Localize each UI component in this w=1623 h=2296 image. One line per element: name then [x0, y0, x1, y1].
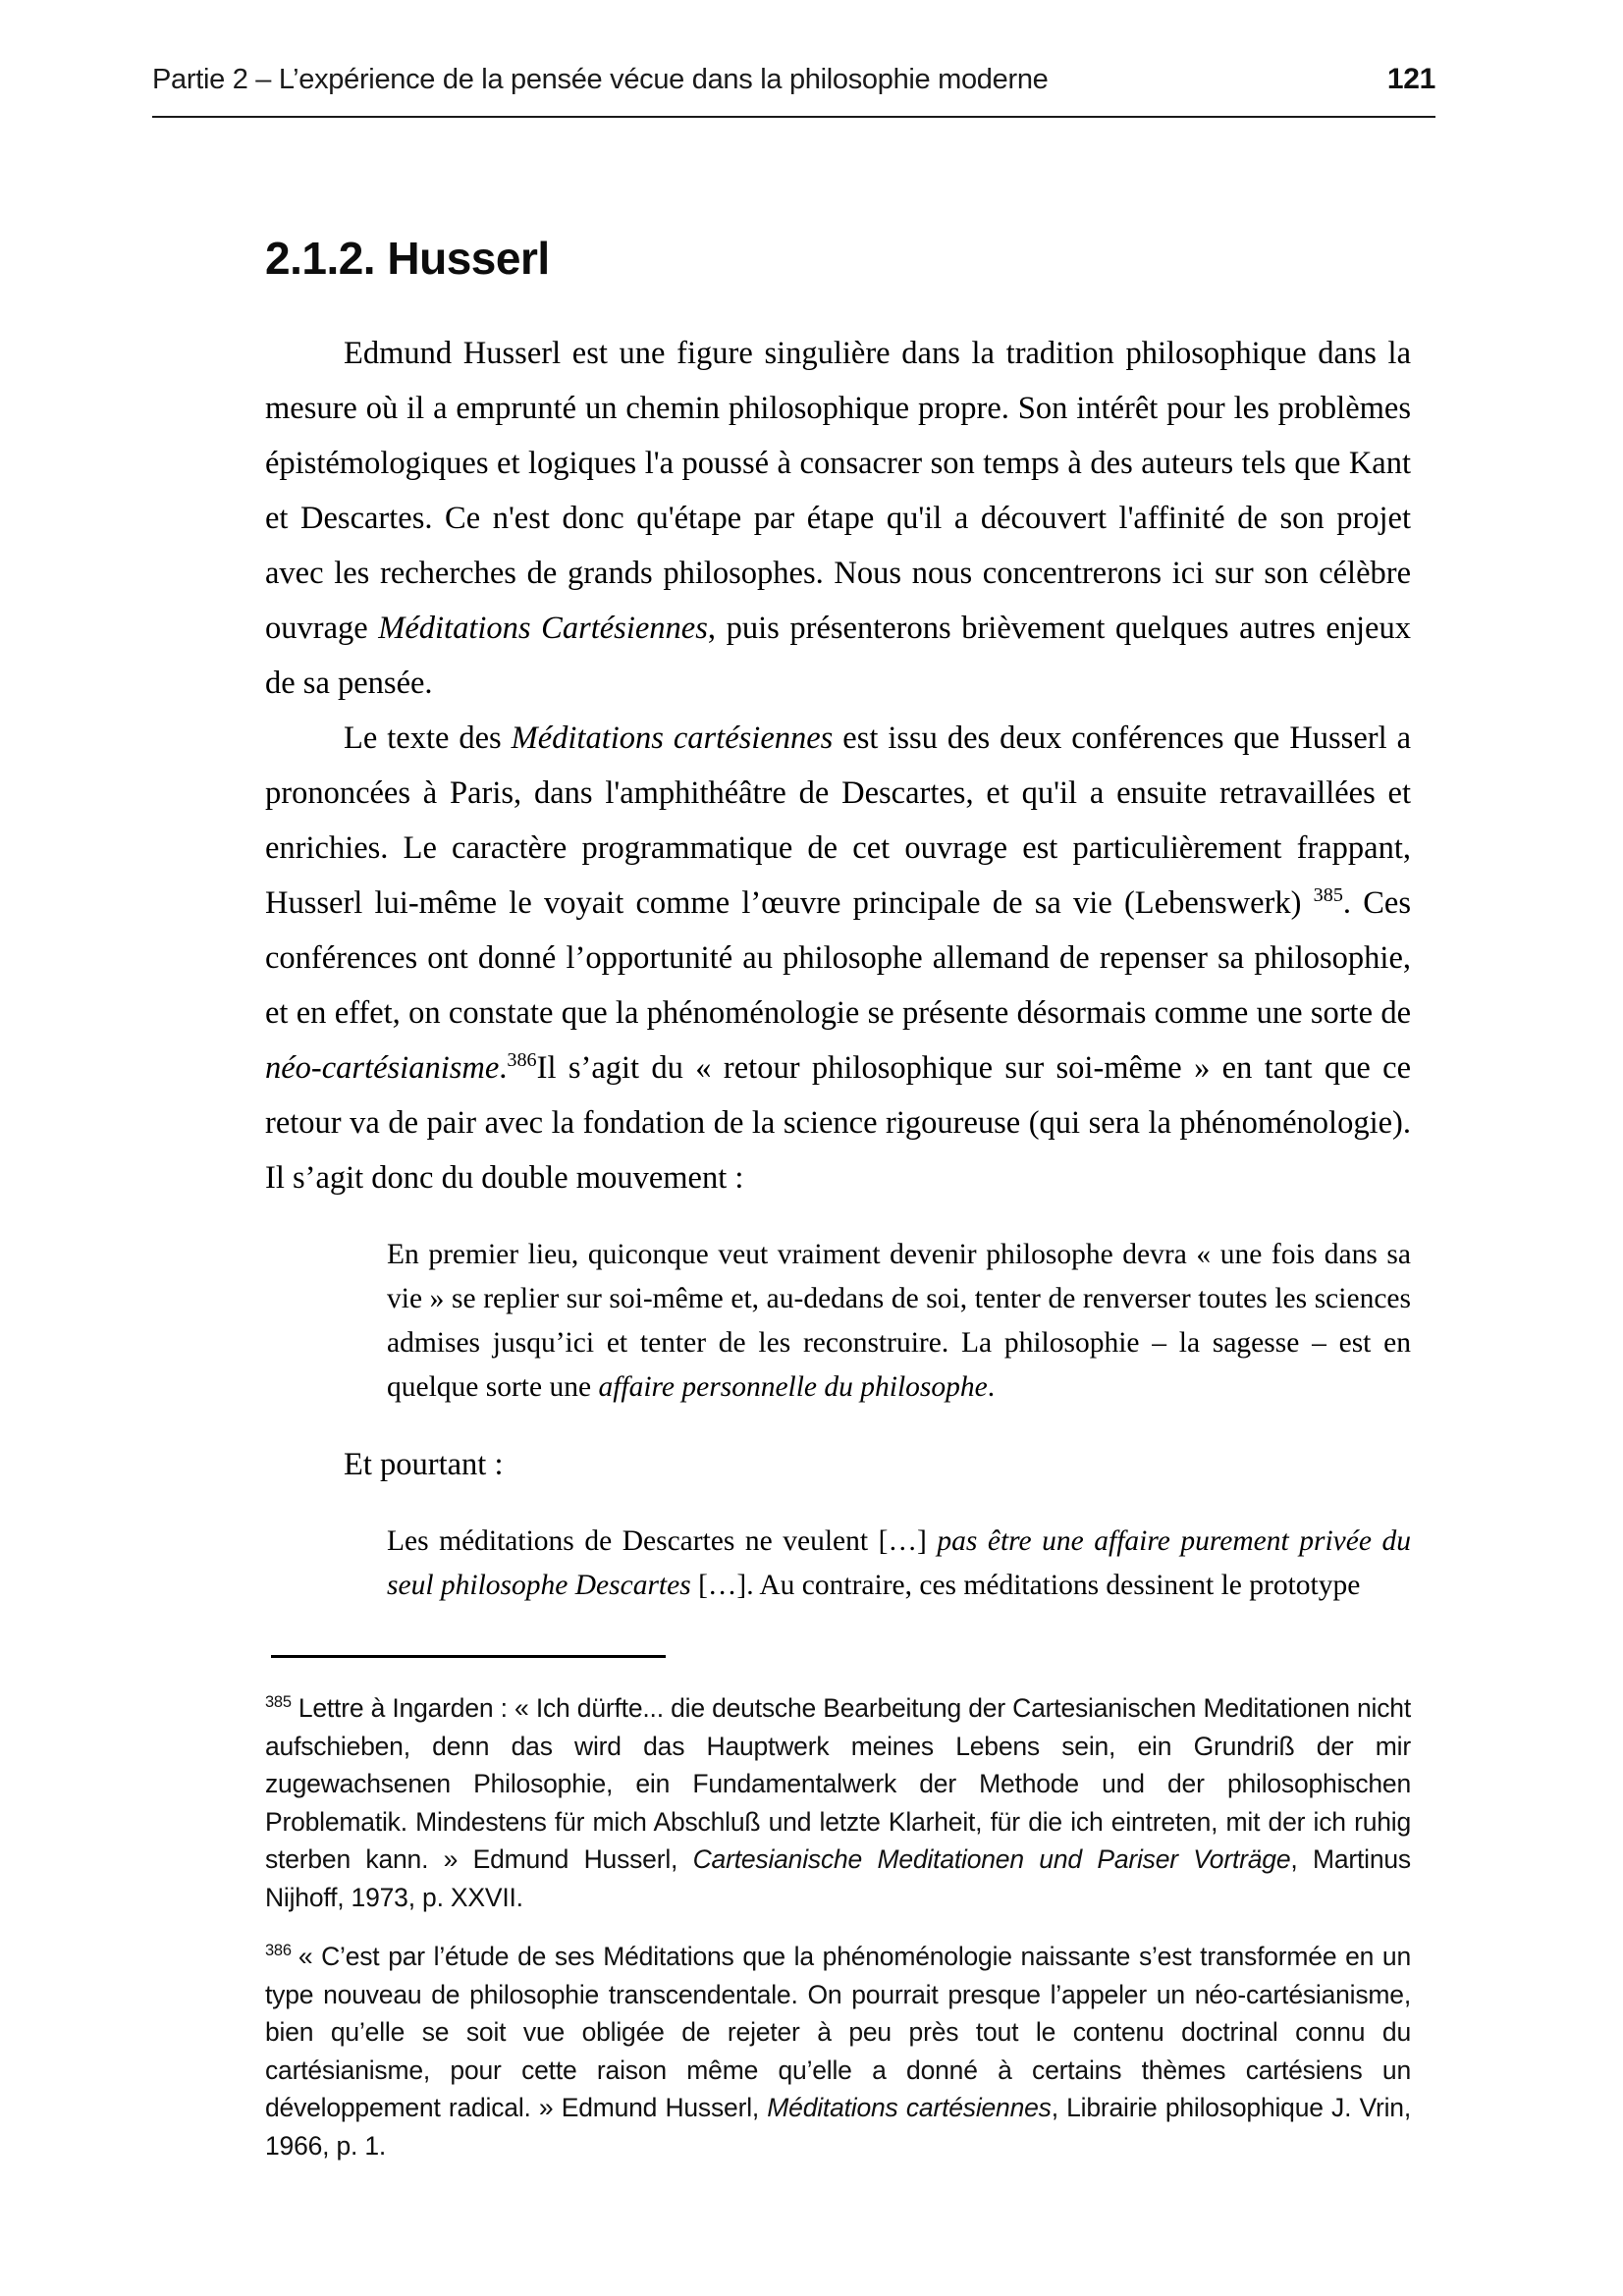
page-number: 121: [1387, 63, 1435, 96]
document-page: Partie 2 – L’expérience de la pensée véc…: [0, 0, 1623, 2296]
footnote: 385Lettre à Ingarden : « Ich dürfte... d…: [265, 1689, 1411, 1916]
footnotes-section: 385Lettre à Ingarden : « Ich dürfte... d…: [265, 1655, 1411, 2164]
page-header: Partie 2 – L’expérience de la pensée véc…: [152, 63, 1435, 118]
footnote-marker: 385: [265, 1693, 292, 1711]
body-paragraph: Edmund Husserl est une figure singulière…: [265, 326, 1411, 711]
footnote-separator: [271, 1655, 666, 1658]
interjection-paragraph: Et pourtant :: [265, 1437, 1411, 1492]
running-title: Partie 2 – L’expérience de la pensée véc…: [152, 64, 1048, 96]
footnote-text: « C’est par l’étude de ses Méditations q…: [265, 1942, 1411, 2161]
footnote-text: Lettre à Ingarden : « Ich dürfte... die …: [265, 1693, 1411, 1912]
body-paragraph: Le texte des Méditations cartésiennes es…: [265, 711, 1411, 1205]
main-content: 2.1.2. Husserl Edmund Husserl est une fi…: [265, 232, 1411, 2186]
blockquote: En premier lieu, quiconque veut vraiment…: [387, 1233, 1411, 1410]
section-heading: 2.1.2. Husserl: [265, 232, 1411, 285]
footnote: 386« C’est par l’étude de ses Méditation…: [265, 1938, 1411, 2164]
blockquote: Les méditations de Descartes ne veulent …: [387, 1520, 1411, 1608]
footnote-marker: 386: [265, 1942, 292, 1959]
